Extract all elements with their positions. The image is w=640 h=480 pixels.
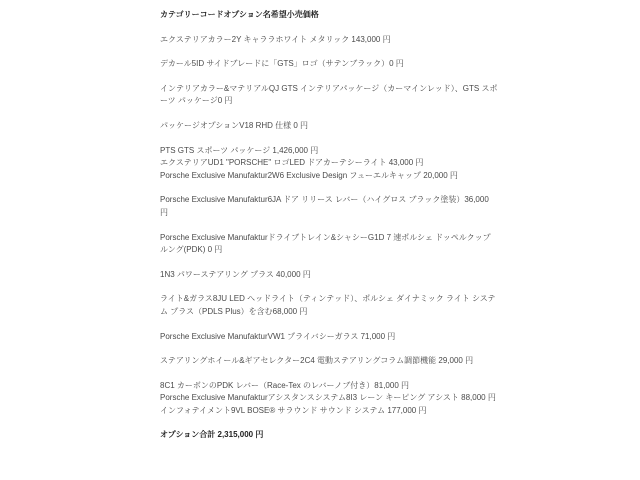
- option-row-door-release-lever: Porsche Exclusive Manufaktur6JA ドア リリース …: [160, 194, 498, 219]
- table-header: カテゴリーコードオプション名希望小売価格: [160, 9, 498, 22]
- option-row-gts-sport-package: PTS GTS スポーツ パッケージ 1,426,000 円: [160, 145, 498, 158]
- option-row-steering-column: ステアリングホイール&ギアセレクター2C4 電動ステアリングコラム調節機能 29…: [160, 355, 498, 368]
- option-row-power-steering-plus: 1N3 パワーステアリング プラス 40,000 円: [160, 269, 498, 282]
- options-price-list: カテゴリーコードオプション名希望小売価格 エクステリアカラー2Y キャララホワイ…: [160, 9, 498, 442]
- option-row-led-headlights: ライト&ガラス8JU LED ヘッドライト（ティンテッド）、ポルシェ ダイナミッ…: [160, 293, 498, 318]
- option-row-decal: デカール5ID サイドブレードに「GTS」ロゴ（サテンブラック）0 円: [160, 58, 498, 71]
- option-row-carbon-pdk-lever: 8C1 カーボンのPDK レバー（Race-Tex のレバーノブ付き）81,00…: [160, 380, 498, 393]
- option-row-privacy-glass: Porsche Exclusive ManufakturVW1 プライバシーガラ…: [160, 331, 498, 344]
- option-row-fuel-cap: Porsche Exclusive Manufaktur2W6 Exclusiv…: [160, 170, 498, 183]
- option-row-pdk: Porsche Exclusive Manufakturドライブトレイン&シャシ…: [160, 232, 498, 257]
- option-row-interior-package: インテリアカラー&マテリアルQJ GTS インテリアパッケージ（カーマインレッド…: [160, 83, 498, 108]
- option-row-lane-keeping: Porsche Exclusive Manufakturアシスタンスシステム8I…: [160, 392, 498, 405]
- option-row-exterior-color: エクステリアカラー2Y キャララホワイト メタリック 143,000 円: [160, 34, 498, 47]
- option-row-bose-sound: インフォテイメント9VL BOSE® サラウンド サウンド システム 177,0…: [160, 405, 498, 418]
- option-row-led-courtesy-light: エクステリアUD1 "PORSCHE" ロゴLED ドアカーテシーライト 43,…: [160, 157, 498, 170]
- options-total: オプション合計 2,315,000 円: [160, 429, 498, 442]
- option-row-rhd-spec: パッケージオプションV18 RHD 仕様 0 円: [160, 120, 498, 133]
